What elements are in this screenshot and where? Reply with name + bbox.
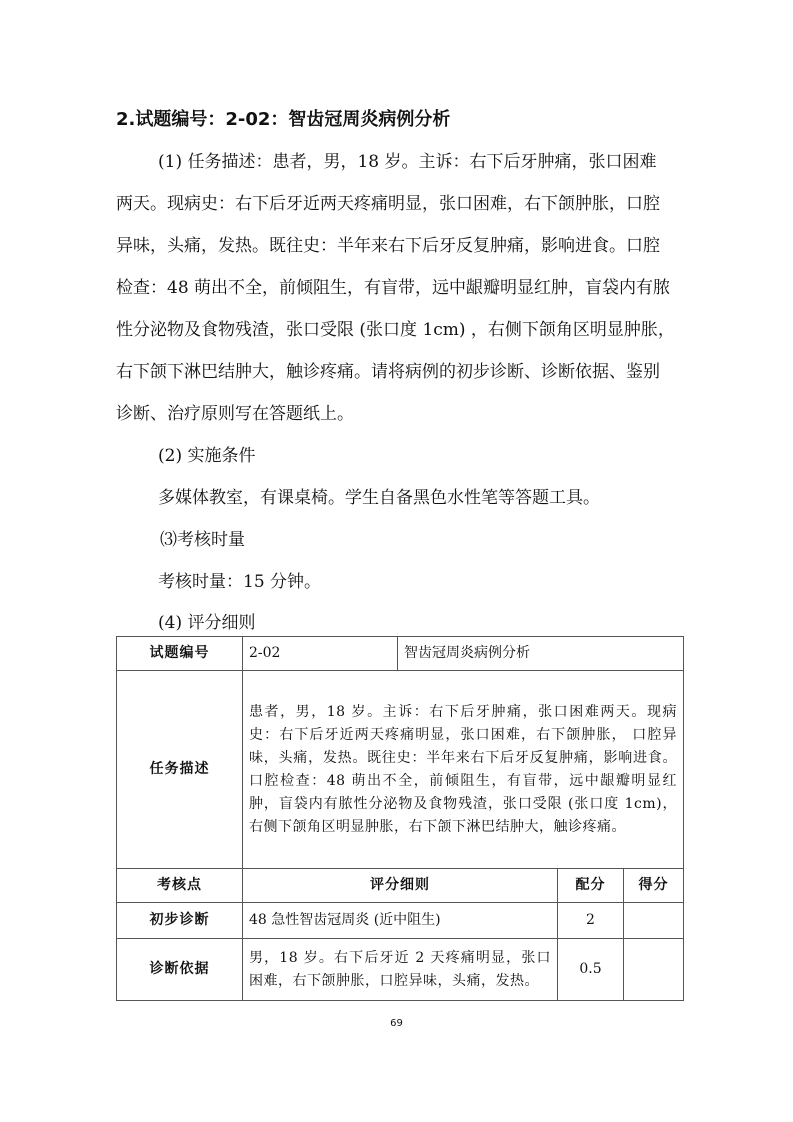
conditions-heading: (2) 实施条件 — [158, 446, 255, 466]
time-heading: ⑶考核时量 — [160, 530, 245, 550]
id-value: 2-02 — [243, 637, 398, 671]
task-description-line: 异味，头痛，发热。既往史：半年来右下后牙反复肿痛，影响进食。口腔 — [116, 236, 660, 256]
scoring-table: 试题编号 2-02 智齿冠周炎病例分析 任务描述 患者，男，18 岁。主诉：右下… — [116, 636, 684, 1001]
time-text: 考核时量：15 分钟。 — [158, 572, 321, 592]
header-rule: 评分细则 — [243, 869, 558, 903]
table-header-row: 考核点 评分细则 配分 得分 — [117, 869, 684, 903]
page-number: 69 — [0, 1018, 793, 1029]
task-description-line: 检查：48 萌出不全，前倾阻生，有盲带，远中龈瓣明显红肿，盲袋内有脓 — [116, 278, 670, 298]
header-got: 得分 — [624, 869, 684, 903]
table-row: 任务描述 患者，男，18 岁。主诉：右下后牙肿痛，张口困难两天。现病史：右下后牙… — [117, 671, 684, 869]
row-rule: 48 急性智齿冠周炎 (近中阻生) — [243, 903, 558, 939]
row-score: 0.5 — [558, 939, 624, 1001]
row-got — [624, 903, 684, 939]
conditions-text: 多媒体教室，有课桌椅。学生自备黑色水性笔等答题工具。 — [158, 488, 600, 508]
row-point: 诊断依据 — [117, 939, 243, 1001]
table-row: 试题编号 2-02 智齿冠周炎病例分析 — [117, 637, 684, 671]
task-description-line: 两天。现病史：右下后牙近两天疼痛明显，张口困难，右下颌肿胀，口腔 — [116, 194, 660, 214]
task-description-line: 性分泌物及食物残渣，张口受限 (张口度 1cm) ，右侧下颌角区明显肿胀， — [116, 320, 675, 340]
row-point: 初步诊断 — [117, 903, 243, 939]
table-row: 诊断依据 男，18 岁。右下后牙近 2 天疼痛明显，张口困难，右下颌肿胀，口腔异… — [117, 939, 684, 1001]
header-score: 配分 — [558, 869, 624, 903]
task-text: 患者，男，18 岁。主诉：右下后牙肿痛，张口困难两天。现病史：右下后牙近两天疼痛… — [243, 671, 684, 869]
header-point: 考核点 — [117, 869, 243, 903]
table-row: 初步诊断 48 急性智齿冠周炎 (近中阻生) 2 — [117, 903, 684, 939]
task-description-line: 右下颌下淋巴结肿大，触诊疼痛。请将病例的初步诊断、诊断依据、鉴别 — [116, 362, 660, 382]
section-heading: 2.试题编号：2-02：智齿冠周炎病例分析 — [116, 110, 450, 130]
task-description-line: 诊断、治疗原则写在答题纸上。 — [116, 404, 354, 424]
row-score: 2 — [558, 903, 624, 939]
task-label: 任务描述 — [117, 671, 243, 869]
row-rule: 男，18 岁。右下后牙近 2 天疼痛明显，张口困难，右下颌肿胀，口腔异味，头痛，… — [243, 939, 558, 1001]
row-got — [624, 939, 684, 1001]
id-label: 试题编号 — [117, 637, 243, 671]
scoring-heading: (4) 评分细则 — [158, 613, 255, 633]
id-title: 智齿冠周炎病例分析 — [398, 637, 684, 671]
task-description-line: (1) 任务描述：患者，男，18 岁。主诉：右下后牙肿痛，张口困难 — [158, 152, 657, 172]
